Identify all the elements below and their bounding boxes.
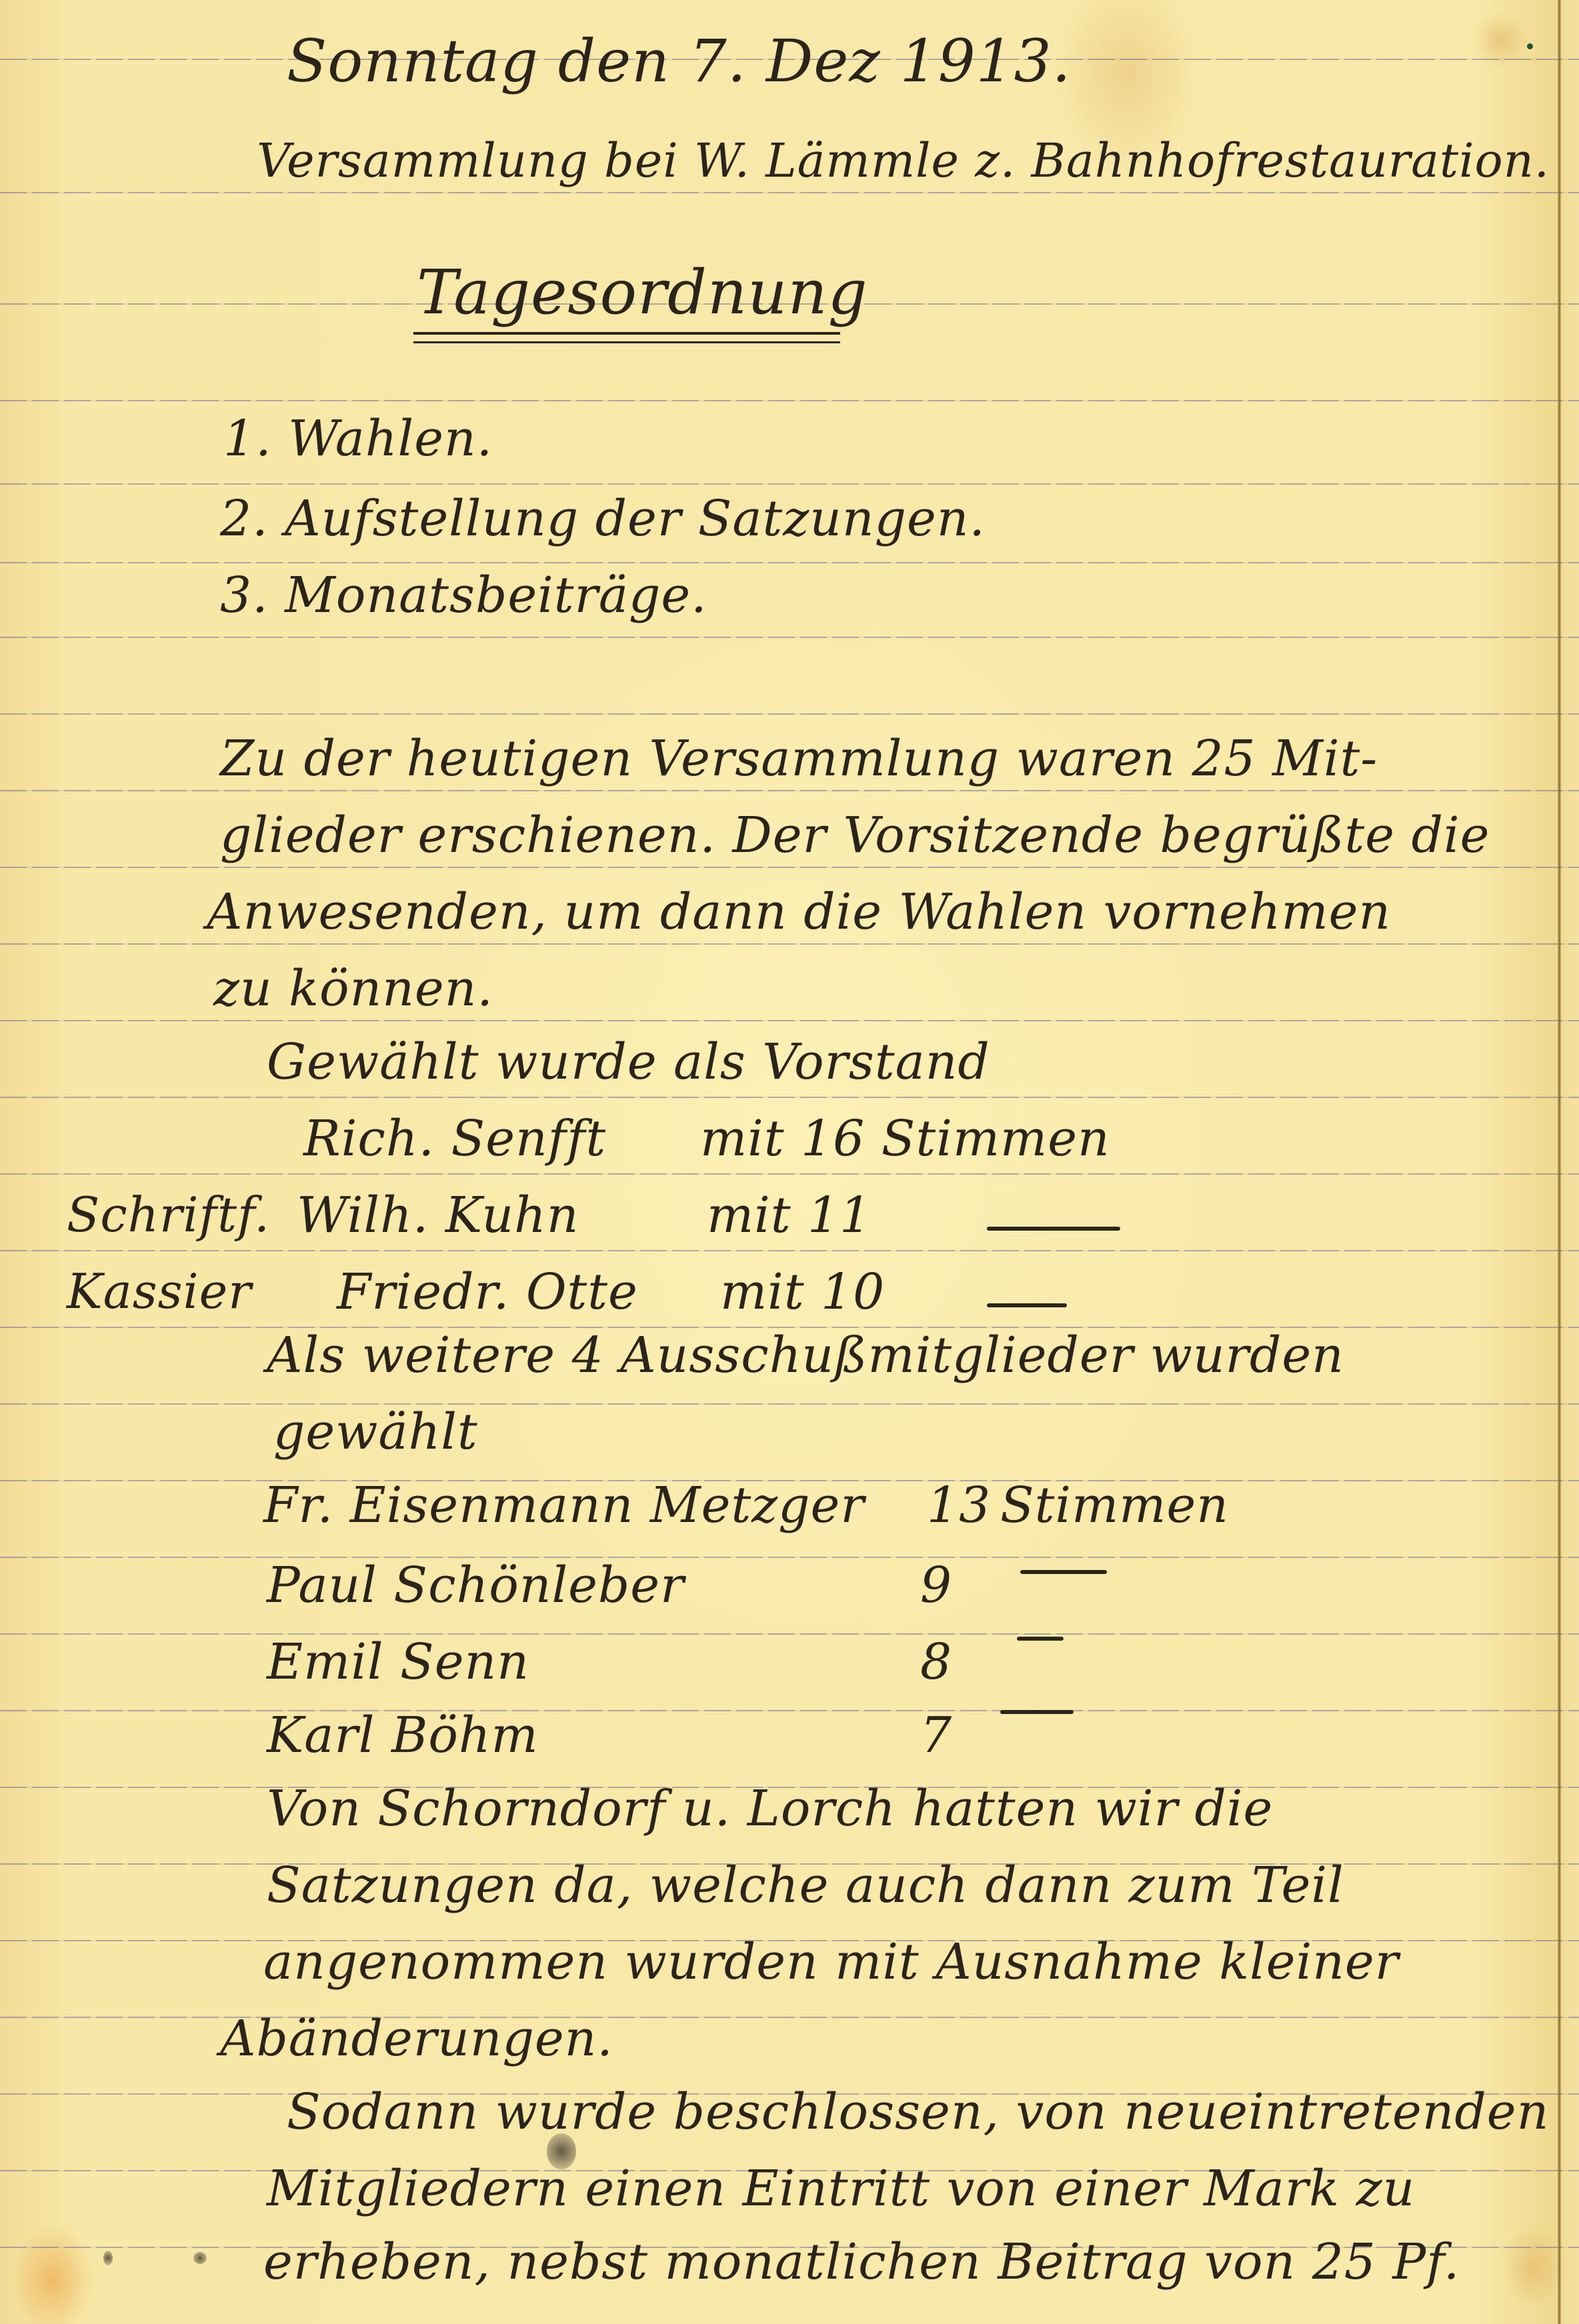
ruled-line <box>0 1173 1579 1175</box>
text-line: glieder erschienen. Der Vorsitzende begr… <box>220 807 1490 864</box>
committee-votes: 9 <box>920 1557 952 1614</box>
committee-votes: 13 <box>927 1477 991 1534</box>
text-line: Von Schorndorf u. Lorch hatten wir die <box>267 1780 1273 1837</box>
agenda-item: 2. Aufstellung der Satzungen. <box>220 490 986 547</box>
ruled-line <box>0 1557 1579 1558</box>
ink-blot <box>1527 43 1533 49</box>
text-line: gewählt <box>273 1403 478 1461</box>
location-line: Versammlung bei W. Lämmle z. Bahnhofrest… <box>257 133 1550 188</box>
text-line: Sodann wurde beschlossen, von neueintret… <box>287 2083 1549 2141</box>
text-line: Anwesenden, um dann die Wahlen vornehmen <box>207 883 1391 941</box>
ruled-line <box>0 637 1579 638</box>
ruled-line <box>0 790 1579 791</box>
agenda-number: 2. <box>220 490 269 547</box>
ruled-line <box>0 1097 1579 1098</box>
agenda-text: Wahlen. <box>288 410 493 467</box>
ditto-dash <box>1000 1710 1074 1714</box>
committee-name: Emil Senn <box>267 1633 529 1691</box>
board-votes: mit 10 <box>720 1263 885 1321</box>
role-label: Schriftf. <box>67 1187 270 1243</box>
ruled-line <box>0 1250 1579 1251</box>
committee-votes: 7 <box>920 1707 952 1764</box>
ditto-dash <box>987 1227 1120 1231</box>
ruled-line <box>0 1403 1579 1405</box>
agenda-text: Monatsbeiträge. <box>285 567 707 624</box>
election-intro: Gewählt wurde als Vorstand <box>267 1033 990 1091</box>
role-label: Kassier <box>67 1263 252 1319</box>
agenda-item: 3. Monatsbeiträge. <box>220 567 707 624</box>
ruled-line <box>0 867 1579 868</box>
binding-fold <box>1558 0 1561 2324</box>
text-line: zu können. <box>213 960 493 1017</box>
agenda-item: 1. Wahlen. <box>223 410 493 467</box>
text-line: Abänderungen. <box>220 2010 613 2067</box>
agenda-number: 1. <box>223 410 272 467</box>
agenda-number: 3. <box>220 567 269 624</box>
ruled-line <box>0 713 1579 715</box>
board-name: Wilh. Kuhn <box>297 1187 579 1244</box>
ditto-dash <box>1020 1570 1107 1574</box>
committee-unit: Stimmen <box>1000 1477 1229 1534</box>
board-votes: mit 11 <box>707 1187 872 1244</box>
ruled-line <box>0 943 1579 945</box>
board-votes: mit 16 Stimmen <box>700 1110 1110 1167</box>
committee-name: Fr. Eisenmann Metzger <box>263 1477 865 1534</box>
ruled-line <box>0 1633 1579 1635</box>
text-line: Mitgliedern einen Eintritt von einer Mar… <box>267 2160 1415 2217</box>
ruled-line <box>0 400 1579 401</box>
text-line: Als weitere 4 Ausschußmitglieder wurden <box>267 1327 1344 1384</box>
date-line: Sonntag den 7. Dez 1913. <box>287 27 1072 95</box>
ditto-dash <box>987 1303 1067 1307</box>
agenda-text: Aufstellung der Satzungen. <box>285 490 986 547</box>
committee-name: Paul Schönleber <box>267 1557 684 1614</box>
text-line: Satzungen da, welche auch dann zum Teil <box>267 1857 1344 1914</box>
agenda-title: Tagesordnung <box>417 257 868 328</box>
ruled-line <box>0 1710 1579 1711</box>
ruled-line <box>0 562 1579 563</box>
ruled-line <box>0 483 1579 485</box>
notebook-page: Sonntag den 7. Dez 1913. Versammlung bei… <box>0 0 1579 2324</box>
text-line: erheben, nebst monatlichen Beitrag von 2… <box>263 2233 1460 2291</box>
ink-blot <box>547 2133 576 2169</box>
board-name: Rich. Senfft <box>303 1110 606 1167</box>
title-underline <box>413 332 840 343</box>
ditto-dash <box>1017 1637 1064 1641</box>
text-line: angenommen wurden mit Ausnahme kleiner <box>263 1933 1399 1991</box>
ruled-line <box>0 1020 1579 1021</box>
ruled-line <box>0 192 1579 193</box>
board-name: Friedr. Otte <box>337 1263 638 1321</box>
committee-votes: 8 <box>920 1633 952 1691</box>
ink-blot <box>193 2252 207 2264</box>
committee-name: Karl Böhm <box>267 1707 539 1764</box>
text-line: Zu der heutigen Versammlung waren 25 Mit… <box>220 730 1378 787</box>
ink-blot <box>103 2251 113 2265</box>
